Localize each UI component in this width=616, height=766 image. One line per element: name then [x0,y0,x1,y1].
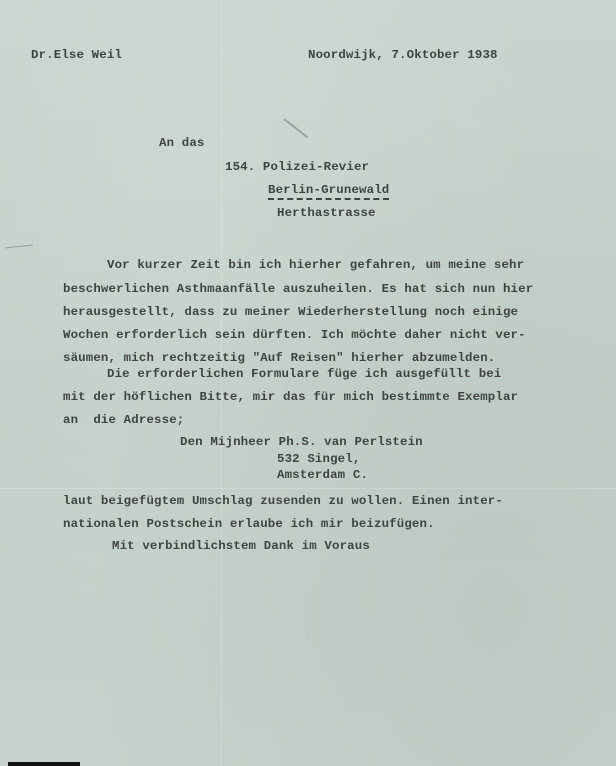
body-line: Die erforderlichen Formulare füge ich au… [107,368,501,380]
paper-fold-horizontal [0,488,616,489]
paper-crease-mark [283,118,308,138]
recipient-line-1: 154. Polizei-Revier [225,161,369,173]
body-line: Vor kurzer Zeit bin ich hierher gefahren… [107,259,524,271]
address-line: Amsterdam C. [277,469,368,481]
recipient-line-3: Herthastrasse [277,207,376,219]
body-line: mit der höflichen Bitte, mir das für mic… [63,391,518,403]
place-date: Noordwijk, 7.Oktober 1938 [308,49,498,61]
paper-fold-vertical [221,0,222,766]
recipient-prefix: An das [159,137,205,149]
body-line: beschwerlichen Asthmaanfälle auszuheilen… [63,283,533,295]
archive-tab-mark [8,762,80,766]
recipient-line-2-underlined: Berlin-Grunewald [268,184,389,200]
body-line: laut beigefügtem Umschlag zusenden zu wo… [63,495,503,507]
body-line: herausgestellt, dass zu meiner Wiederher… [63,306,518,318]
sender-name: Dr.Else Weil [31,49,122,61]
address-line: 532 Singel, [277,453,360,465]
paper-tear-mark [5,245,33,249]
letter-page: Dr.Else Weil Noordwijk, 7.Oktober 1938 A… [0,0,616,766]
closing-line: Mit verbindlichstem Dank im Voraus [112,540,370,552]
body-line: Wochen erforderlich sein dürften. Ich mö… [63,329,526,341]
body-line: säumen, mich rechtzeitig "Auf Reisen" hi… [63,352,495,364]
address-line: Den Mijnheer Ph.S. van Perlstein [180,436,423,448]
body-line: nationalen Postschein erlaube ich mir be… [63,518,435,530]
body-line: an die Adresse; [63,414,184,426]
